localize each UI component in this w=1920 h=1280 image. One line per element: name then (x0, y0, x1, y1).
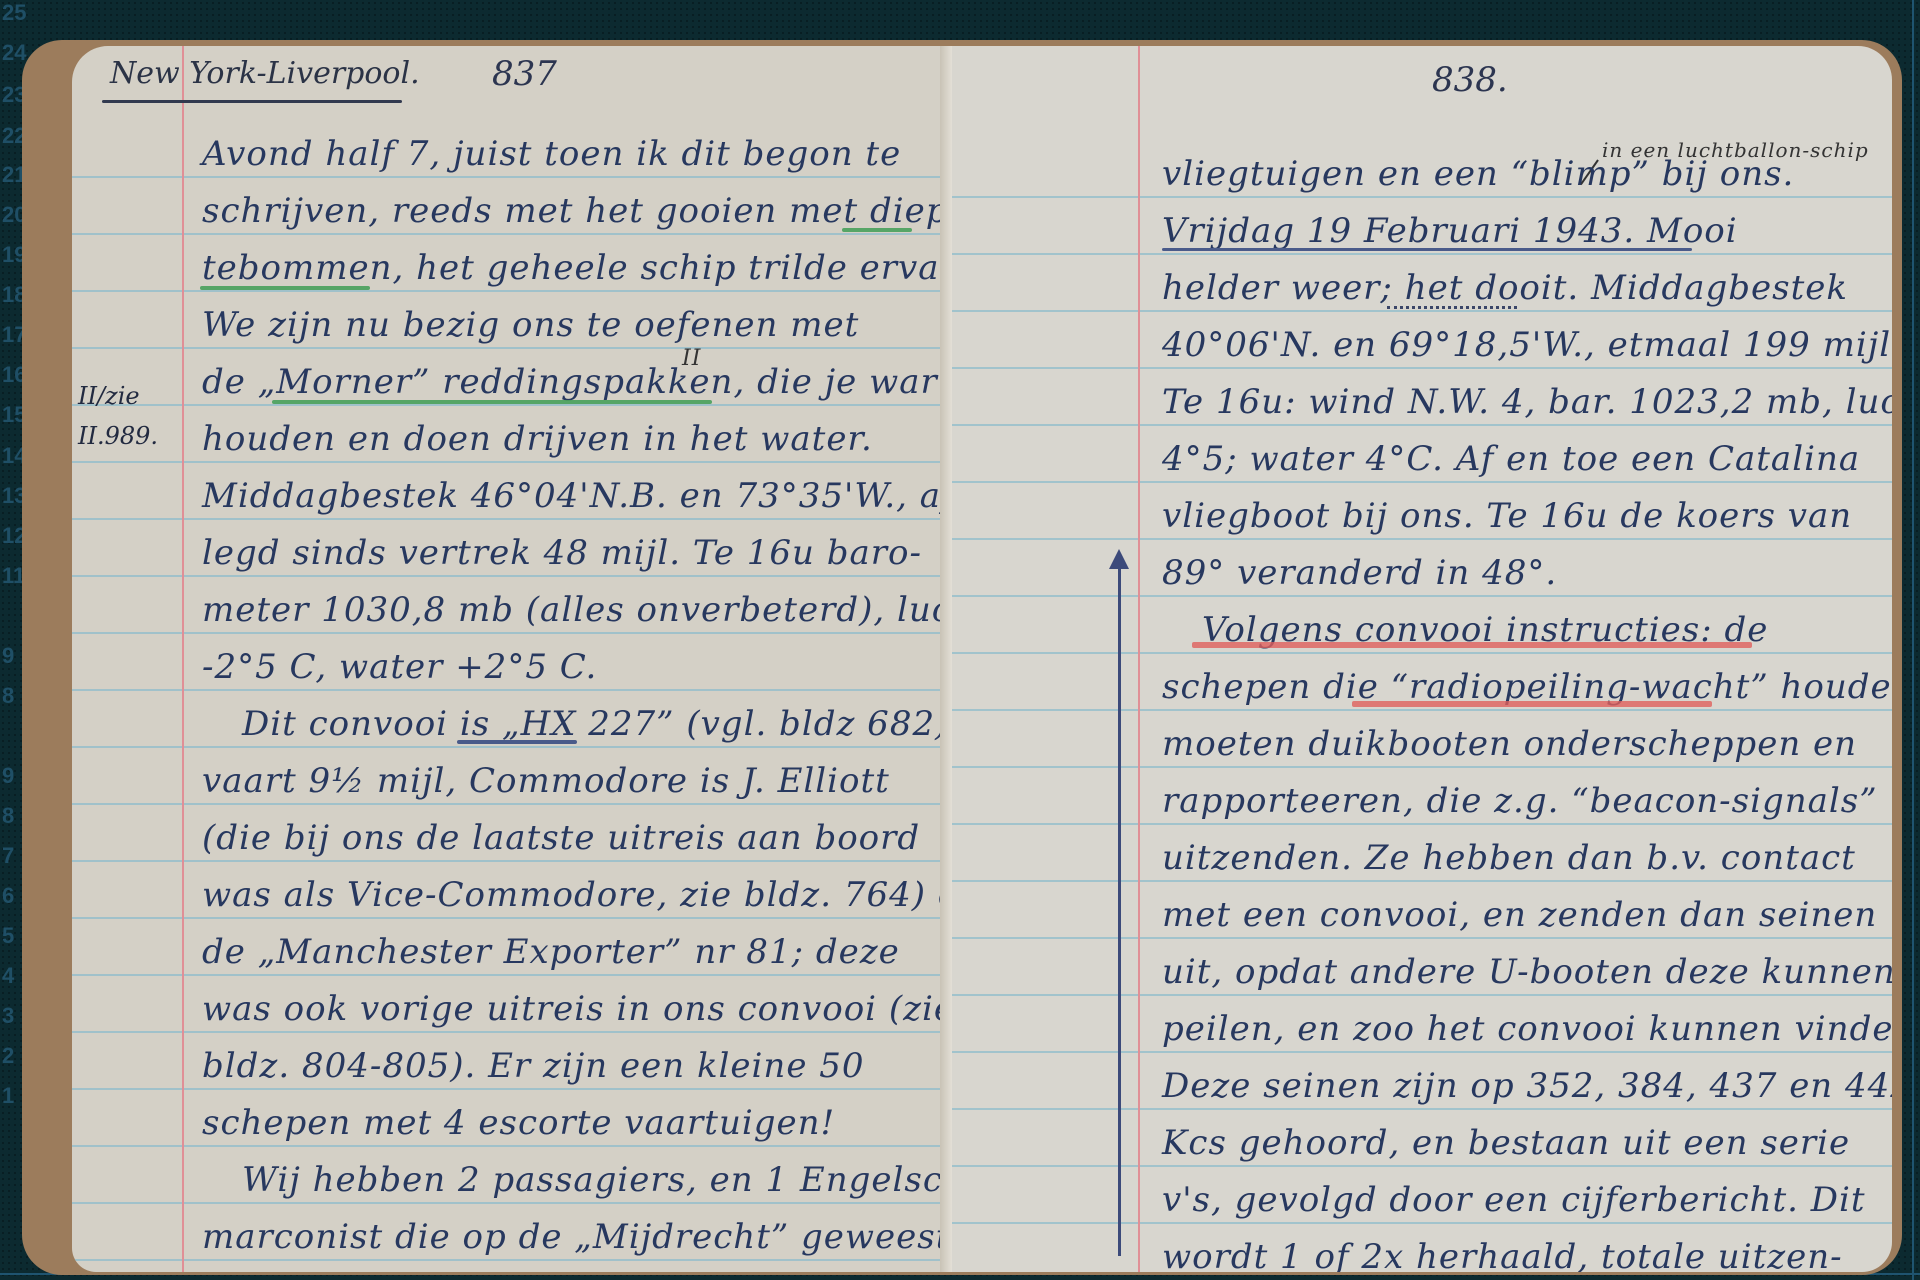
text-line: was als Vice-Commodore, zie bldz. 764) o… (202, 875, 952, 915)
rule-line (952, 310, 1892, 312)
rule-line (72, 233, 952, 235)
rule-line (952, 1108, 1892, 1110)
text-line: moeten duikbooten onderscheppen en (1162, 724, 1857, 764)
page-number: 838. (1432, 60, 1508, 100)
rule-line (952, 1222, 1892, 1224)
rule-line (72, 518, 952, 520)
date-underline (1162, 248, 1692, 251)
rule-line (952, 652, 1892, 654)
text-line: -2°5 C, water +2°5 C. (202, 647, 597, 687)
convoy-underline (457, 740, 577, 744)
rule-line (72, 461, 952, 463)
text-line: was ook vorige uitreis in ons convooi (z… (202, 989, 952, 1029)
rule-line (952, 595, 1892, 597)
text-line: 4°5; water 4°C. Af en toe een Catalina (1162, 439, 1860, 479)
rule-line (72, 176, 952, 178)
rule-line (952, 994, 1892, 996)
rule-line (72, 1088, 952, 1090)
rule-line (72, 1202, 952, 1204)
ruler-tick: 24 (2, 40, 26, 66)
ruler-tick: 1 (2, 1083, 14, 1109)
ruler-tick: 2 (2, 1043, 14, 1069)
ruler-tick: 4 (2, 963, 14, 989)
green-highlight (272, 400, 712, 404)
rule-line (72, 1259, 952, 1261)
footnote-marker: II (682, 346, 701, 371)
rule-line (952, 424, 1892, 426)
notebook-page-left: New York-Liverpool. 837 II/zie II.989. A… (72, 46, 952, 1272)
mat-grid-line (1912, 0, 1914, 1280)
ruler-tick: 8 (2, 803, 14, 829)
ruler-tick: 25 (2, 0, 26, 26)
margin-reference-note: II/zie II.989. (78, 376, 158, 456)
rule-line (72, 575, 952, 577)
text-line: Vrijdag 19 Februari 1943. Mooi (1162, 211, 1738, 251)
rule-line (952, 481, 1892, 483)
notebook-page-right: 838. in een luchtballon-schip vliegtuige… (952, 46, 1892, 1272)
margin-line (182, 46, 184, 1272)
text-line: (die bij ons de laatste uitreis aan boor… (202, 818, 920, 858)
text-line: We zijn nu bezig ons te oefenen met (202, 305, 859, 345)
text-line: met een convooi, en zenden dan seinen (1162, 895, 1877, 935)
page-number: 837 (492, 54, 557, 94)
rule-line (952, 766, 1892, 768)
text-line: de „Morner” reddingspakken, die je warm (202, 362, 952, 402)
text-line: legd sinds vertrek 48 mijl. Te 16u baro- (202, 533, 922, 573)
text-line: tebommen, het geheele schip trilde ervan… (202, 248, 952, 288)
text-line: schepen met 4 escorte vaartuigen! (202, 1103, 835, 1143)
text-line: 40°06'N. en 69°18,5'W., etmaal 199 mijl. (1162, 325, 1892, 365)
text-line: meter 1030,8 mb (alles onverbeterd), luc… (202, 590, 952, 630)
text-line: wordt 1 of 2x herhaald, totale uitzen- (1162, 1237, 1843, 1272)
text-line: Wij hebben 2 passagiers, en 1 Engelsche (242, 1160, 952, 1200)
text-line: marconist die op de „Mijdrecht” geweest (202, 1217, 950, 1257)
rule-line (72, 1145, 952, 1147)
rule-line (72, 860, 952, 862)
red-highlight (1352, 701, 1712, 707)
header-underline (102, 100, 402, 103)
rule-line (952, 196, 1892, 198)
ruler-tick: 9 (2, 763, 14, 789)
rule-line (72, 974, 952, 976)
rule-line (952, 937, 1892, 939)
text-line: rapporteeren, die z.g. “beacon-signals” (1162, 781, 1878, 821)
text-line: schrijven, reeds met het gooien met diep… (202, 191, 952, 231)
ruler-tick: 3 (2, 1003, 14, 1029)
rule-line (952, 253, 1892, 255)
rule-line (952, 1051, 1892, 1053)
rule-line (72, 290, 952, 292)
text-line: houden en doen drijven in het water. (202, 419, 873, 459)
rule-line (952, 880, 1892, 882)
text-line: peilen, en zoo het convooi kunnen vinden… (1162, 1009, 1892, 1049)
text-line: Dit convooi is „HX 227” (vgl. bldz 682), (242, 704, 952, 744)
rule-line (72, 404, 952, 406)
rule-line (72, 632, 952, 634)
text-line: v's, gevolgd door een cijferbericht. Dit (1162, 1180, 1866, 1220)
rule-line (952, 367, 1892, 369)
text-line: uit, opdat andere U-booten deze kunnen (1162, 952, 1892, 992)
rule-line (72, 746, 952, 748)
rule-line (952, 1165, 1892, 1167)
text-line: Middagbestek 46°04'N.B. en 73°35'W., afg… (202, 476, 952, 516)
red-highlight (1192, 642, 1752, 648)
text-line: Te 16u: wind N.W. 4, bar. 1023,2 mb, luc… (1162, 382, 1892, 422)
ruler-tick: 7 (2, 843, 14, 869)
rule-line (952, 538, 1892, 540)
margin-note-line: II.989. (78, 416, 158, 456)
rule-line (72, 347, 952, 349)
ruler-tick: 8 (2, 683, 14, 709)
text-line: bldz. 804-805). Er zijn een kleine 50 (202, 1046, 865, 1086)
text-line: vliegboot bij ons. Te 16u de koers van (1162, 496, 1852, 536)
rule-line (72, 1031, 952, 1033)
page-header-title: New York-Liverpool. (110, 56, 420, 91)
rule-line (72, 917, 952, 919)
rule-line (72, 689, 952, 691)
rule-line (952, 709, 1892, 711)
rule-line (72, 803, 952, 805)
text-line: de „Manchester Exporter” nr 81; deze (202, 932, 900, 972)
text-line: Avond half 7, juist toen ik dit begon te (202, 134, 901, 174)
rule-line (952, 823, 1892, 825)
text-line: 89° veranderd in 48°. (1162, 553, 1557, 593)
text-line: uitzenden. Ze hebben dan b.v. contact (1162, 838, 1856, 878)
wavy-underline (1387, 300, 1517, 309)
ruler-tick: 6 (2, 883, 14, 909)
text-line: vliegtuigen en een “blimp” bij ons. (1162, 154, 1794, 194)
green-highlight (200, 286, 370, 290)
margin-note-line: II/zie (78, 376, 158, 416)
text-line: Deze seinen zijn op 352, 384, 437 en 442 (1162, 1066, 1892, 1106)
text-line: Kcs gehoord, en bestaan uit een serie (1162, 1123, 1850, 1163)
ruler-tick: 9 (2, 643, 14, 669)
text-line: vaart 9½ mijl, Commodore is J. Elliott (202, 761, 890, 801)
margin-arrow-icon (1118, 566, 1121, 1256)
margin-line (1138, 46, 1140, 1272)
green-highlight (842, 228, 912, 232)
ruler-tick: 5 (2, 923, 14, 949)
